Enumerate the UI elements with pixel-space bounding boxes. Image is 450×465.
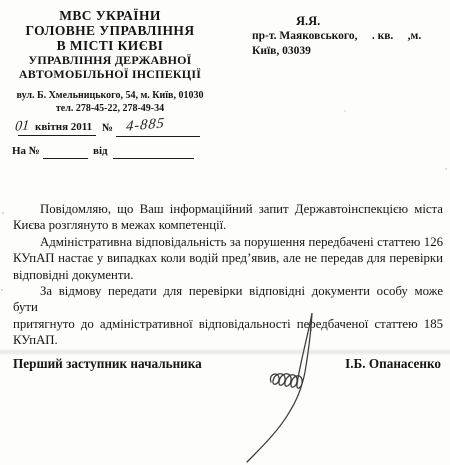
signature-scribble-icon	[235, 305, 325, 465]
body-line: КУпАП.	[13, 332, 443, 348]
scan-speckle	[445, 168, 447, 170]
reply-number-label: На №	[12, 145, 40, 157]
reply-reference-row: На № від	[10, 144, 210, 162]
org-line: АВТОМОБІЛЬНОЇ ІНСПЕКЦІЇ	[10, 67, 210, 81]
body-line: КУпАП настає у випадках коли водій пред’…	[13, 250, 443, 266]
sender-address: вул. Б. Хмельницького, 54, м. Київ, 0103…	[10, 90, 210, 103]
org-line: ГОЛОВНЕ УПРАВЛІННЯ	[10, 23, 210, 38]
scan-speckle	[2, 212, 4, 214]
reply-date-blank	[113, 144, 194, 159]
scan-artifact-band	[0, 348, 450, 356]
printed-date: квітня 2011	[35, 121, 92, 133]
handwritten-doc-number: 4-885	[125, 115, 165, 136]
org-line: В МІСТІ КИЄВІ	[10, 38, 210, 53]
handwritten-date: 01	[14, 118, 29, 135]
scan-speckle	[1, 289, 3, 291]
signer-name: І.Б. Опанасенко	[345, 356, 441, 372]
recipient-address-line: Київ, 03039	[252, 44, 444, 59]
body-line: Повідомляю, що Ваш інформаційний запит Д…	[13, 201, 443, 217]
date-underline: 01 квітня 2011	[18, 121, 96, 136]
number-sign: №	[102, 122, 113, 134]
scan-speckle	[344, 110, 346, 112]
body-line: відповідні документи.	[13, 267, 443, 283]
date-number-row: 01 квітня 2011 № 4-885	[10, 121, 210, 141]
recipient-block: Я.Я. пр-т. Маяковського, . кв. ,м. Київ,…	[252, 13, 444, 59]
org-line: МВС УКРАЇНИ	[10, 8, 210, 23]
body-line: За відмову передати для перевірки відпов…	[13, 283, 443, 316]
reply-number-blank	[43, 144, 88, 159]
reply-from-label: від	[93, 145, 108, 157]
org-line: УПРАВЛІННЯ ДЕРЖАВНОЇ	[10, 53, 210, 67]
body-line: Адміністративна відповідальність за пору…	[13, 234, 443, 250]
signer-position-title: Перший заступник начальника	[13, 356, 202, 372]
scanned-official-letter: МВС УКРАЇНИ ГОЛОВНЕ УПРАВЛІННЯ В МІСТІ К…	[0, 0, 450, 465]
body-line: Києва розглянуто в межах компетенції.	[13, 217, 443, 233]
sender-letterhead: МВС УКРАЇНИ ГОЛОВНЕ УПРАВЛІННЯ В МІСТІ К…	[10, 8, 210, 162]
body-line: притягнуто до адміністративної відповіда…	[13, 316, 443, 332]
sender-phone: тел. 278-45-22, 278-49-34	[10, 103, 210, 116]
doc-number-underline: 4-885	[116, 121, 200, 137]
recipient-initials: Я.Я.	[296, 13, 444, 29]
letter-body: Повідомляю, що Ваш інформаційний запит Д…	[13, 201, 443, 349]
recipient-address-line: пр-т. Маяковського, . кв. ,м.	[252, 29, 444, 44]
